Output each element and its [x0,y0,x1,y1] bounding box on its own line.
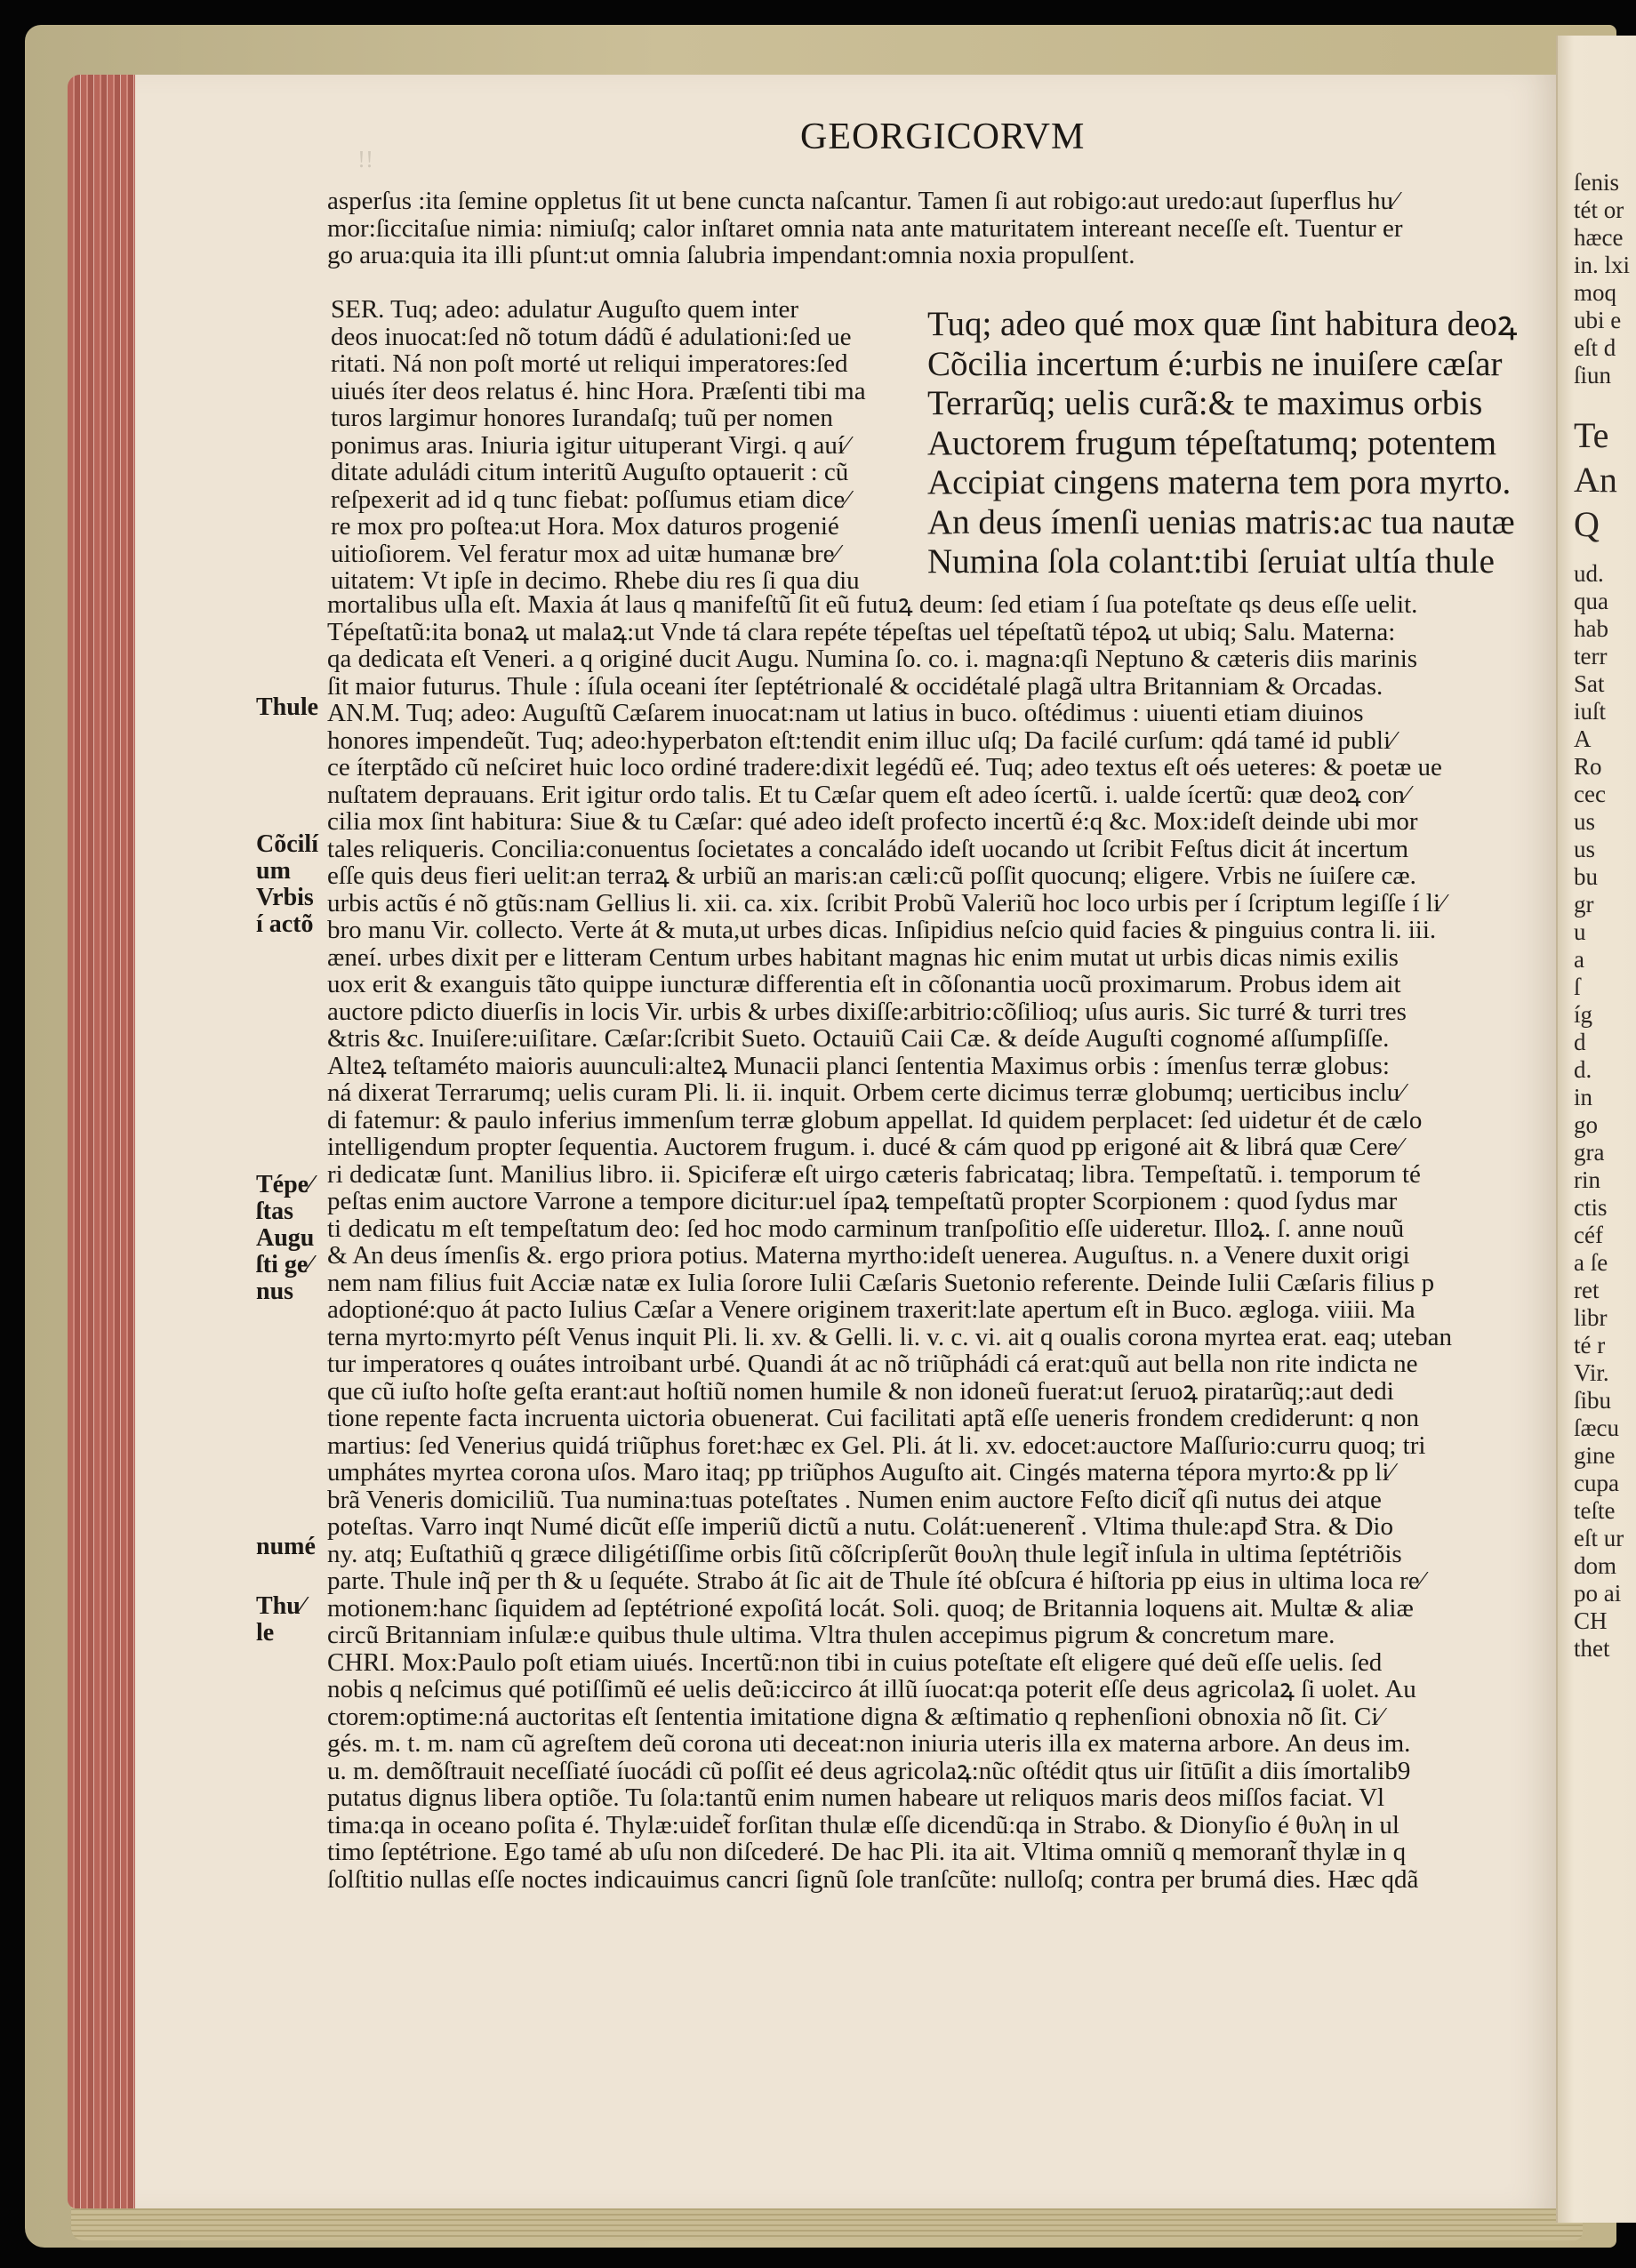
text-line: SER. Tuq; adeo: adulatur Auguſto quem in… [331,296,918,324]
text-line: ſolſtitio nullas eſſe noctes indicauimus… [327,1866,1545,1894]
text-line: intelligendum propter ſequentia. Auctore… [327,1134,1545,1161]
text-line: peſtas enim auctore Varrone a tempore di… [327,1188,1545,1215]
show-through-text: !! [357,146,373,172]
text-line: motionem:hanc ſiquidem ad ſeptétrioné ex… [327,1595,1545,1623]
text-line: mortalibus ulla eſt. Maxia át laus q man… [327,591,1545,619]
text-line: terna myrto:myrto péſt Venus inquit Pli.… [327,1324,1545,1351]
facing-fragments-verse: Te An Q [1574,413,1617,547]
verse-line: Numina ſola colant:tibi ſeruiat ultía th… [927,542,1541,582]
text-line: timo ſeptétrione. Ego tamé ab uſu non di… [327,1839,1545,1866]
text-line: nuſtatem deprauans. Erit igitur ordo tal… [327,781,1545,809]
verse-block: Tuq; adeo qué mox quæ ſint habitura deoꝝ… [927,305,1541,582]
binding-bottom-edge [71,2205,1583,2240]
text-line: putatus dignus libera optiõe. Tu ſola:ta… [327,1784,1545,1812]
text-line: & An deus ímenſis &. ergo priora potius.… [327,1242,1545,1270]
text-line: di fatemur: & paulo inferius immenſum te… [327,1107,1545,1134]
text-line: brã Veneris domiciliũ. Tua numina:tuas p… [327,1487,1545,1514]
text-line: adoptioné:quo át pacto Iulius Cæſar a Ve… [327,1296,1545,1324]
opening-commentary: asperſus :ita ſemine oppletus ſit ut ben… [327,188,1545,269]
facing-fragments-body: ud. qua hab terr Sat iuſt A Ro cec us us… [1574,560,1624,1663]
commentary-beside-verse: SER. Tuq; adeo: adulatur Auguſto quem in… [331,296,918,595]
facing-fragments-top: ſenis tét or hæce in. lxi moq ubi e eſt … [1574,169,1630,389]
text-line: ny. atq; Euſtathiũ q græce diligétiſſime… [327,1541,1545,1568]
text-line: tales reliqueris. Concilia:conuentus ſoc… [327,836,1545,863]
text-line: deos inuocat:ſed nõ totum dádũ é adulati… [331,324,918,351]
text-line: circũ Britanniam inſulæ:e quibus thule u… [327,1622,1545,1649]
text-line: martius: ſed Venerius quidá triũphus for… [327,1432,1545,1460]
text-line: urbis actũs é nõ gtũs:nam Gellius li. xi… [327,890,1545,918]
margin-note: Thule [256,694,318,721]
text-line: mor:ſiccitaſue nimia: nimiuſq; calor inſ… [327,215,1545,243]
text-line: turos largimur honores Iurandaſq; tuũ pe… [331,405,918,432]
text-line: que cũ iuſto hoſte geſta erant:aut hoſti… [327,1378,1545,1406]
text-line: umphátes myrtea corona uſos. Maro itaq; … [327,1459,1545,1487]
text-line: re mox pro poſtea:ut Hora. Mox daturos p… [331,513,918,541]
text-line: ce íterptãdo cũ neſciret huic loco ordin… [327,754,1545,781]
text-line: poteſtas. Varro inqt Numé dicũt eſſe imp… [327,1513,1545,1541]
text-line: æneí. urbes dixit per e litteram Centum … [327,944,1545,972]
text-line: cilia mox ſint habitura: Siue & tu Cæſar… [327,808,1545,836]
text-line: asperſus :ita ſemine oppletus ſit ut ben… [327,188,1545,215]
verse-line: Tuq; adeo qué mox quæ ſint habitura deoꝝ [927,305,1541,345]
verse-line: Accipiat cingens materna tem pora myrto. [927,463,1541,503]
text-line: ponimus aras. Iniuria igitur uituperant … [331,432,918,460]
text-line: u. m. demõſtrauit neceſſiaté íuocádi cũ … [327,1758,1545,1785]
text-line: uox erit & exanguis tãto quippe iuncturæ… [327,971,1545,998]
text-line: ná dixerat Terrarumq; uelis curam Pli. l… [327,1079,1545,1107]
text-line: CHRI. Mox:Paulo poſt etiam uiués. Incert… [327,1649,1545,1677]
text-line: tione repente facta incruenta uictoria o… [327,1405,1545,1432]
text-line: gés. m. t. m. nam cũ agreſtem deũ corona… [327,1730,1545,1758]
red-page-edges [68,75,137,2208]
verse-line: Terrarũq; uelis curã:& te maximus orbis [927,384,1541,424]
text-line: tur imperatores q ouátes introibant urbé… [327,1350,1545,1378]
text-line: ritati. Ná non poſt morté ut reliqui imp… [331,350,918,378]
text-line: ctorem:optime:ná auctoritas eſt ſententi… [327,1703,1545,1731]
text-line: ri dedicatæ ſunt. Manilius libro. ii. Sp… [327,1161,1545,1189]
text-line: auctore pdicto diuerſis in locis Vir. ur… [327,998,1545,1026]
text-line: uitioſiorem. Vel feratur mox ad uitæ hum… [331,541,918,568]
running-header: GEORGICORVM [800,116,1085,158]
text-line: Tépeſtatũ:ita bonaꝝ ut malaꝝ:ut Vnde tá … [327,619,1545,646]
text-line: uiués íter deos relatus é. hinc Hora. Pr… [331,378,918,405]
text-line: parte. Thule inq̃ per th & u ſequéte. St… [327,1567,1545,1595]
text-line: &tris &c. Inuiſere:uiſitare. Cæſar:ſcrib… [327,1025,1545,1053]
verse-line: Auctorem frugum tépeſtatumq; potentem [927,424,1541,464]
text-line: AN.M. Tuq; adeo: Auguſtũ Cæſarem inuocat… [327,700,1545,727]
margin-note: Cõcilí um Vrbis í actõ [256,831,318,938]
text-line: Alteꝝ teſtaméto maioris auunculi:alteꝝ M… [327,1053,1545,1080]
text-line: go arua:quia ita illi pſunt:ut omnia ſal… [327,242,1545,269]
margin-note: Tépe⁄ ſtas Augu ſti ge⁄ nus [256,1172,314,1305]
text-line: ditate aduládi citum interitũ Auguſto op… [331,459,918,486]
verse-line: An deus ímenſi uenias matris:ac tua naut… [927,503,1541,543]
text-line: qa dedicata eſt Veneri. a q originé duci… [327,645,1545,673]
text-line: ſit maior futurus. Thule : íſula oceani … [327,673,1545,701]
text-line: tima:qa in oceano poſita é. Thylæ:uidet̃… [327,1812,1545,1839]
main-commentary: mortalibus ulla eſt. Maxia át laus q man… [327,591,1545,1893]
text-line: bro manu Vir. collecto. Verte át & muta,… [327,917,1545,944]
text-line: reſpexerit ad id q tunc fiebat: poſſumus… [331,486,918,514]
text-line: ti dedicatu m eſt tempeſtatum deo: ſed h… [327,1215,1545,1243]
text-line: honores impendeũt. Tuq; adeo:hyperbaton … [327,727,1545,755]
text-line: nem nam filius fuit Acciæ natæ ex Iulia … [327,1270,1545,1297]
text-line: nobis q neſcimus qué potiſſimũ eé uelis … [327,1676,1545,1703]
margin-note: numé [256,1534,316,1560]
margin-note: Thu⁄ le [256,1593,305,1647]
verse-line: Cõcilia incertum é:urbis ne inuiſere cæſ… [927,345,1541,385]
text-line: eſſe quis deus fieri uelit:an terraꝝ & u… [327,862,1545,890]
facing-page-recto: ſenis tét or hæce in. lxi moq ubi e eſt … [1556,36,1636,2223]
